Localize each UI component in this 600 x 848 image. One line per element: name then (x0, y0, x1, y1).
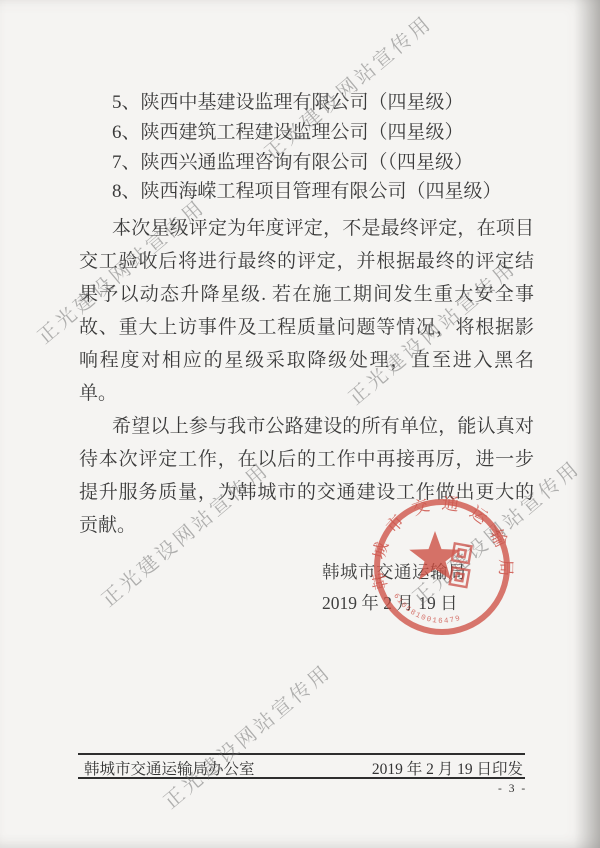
page-number: - 3 - (498, 783, 527, 795)
signature-date: 2019 年 2 月 19 日 (322, 592, 466, 614)
paragraph-rating-policy: 本次星级评定为年度评定，不是最终评定，在项目交工验收后将进行最终的评定，并根据最… (79, 212, 534, 410)
paragraph-closing-hope: 希望以上参与我市公路建设的所有单位，能认真对待本次评定工作，在以后的工作中再接再… (79, 410, 534, 542)
footer-issuing-office: 韩城市交通运输局办公室 (78, 757, 255, 779)
list-item: 5、陕西中基建设监理有限公司（四星级） (79, 88, 534, 118)
signature-block: 韩城市交通运输局 2019 年 2 月 19 日 (322, 561, 466, 614)
scan-edge-shadow (574, 0, 600, 848)
list-item: 7、陕西兴通监理咨询有限公司（（四星级） (79, 148, 534, 178)
footer-print-date: 2019 年 2 月 19 日印发 (372, 757, 525, 779)
footer-row: 韩城市交通运输局办公室 2019 年 2 月 19 日印发 (78, 757, 525, 779)
watermark-text: 正光建设网站宣传用 (156, 656, 337, 814)
footer-rule-top (78, 753, 525, 755)
footer-rule-bottom (78, 777, 525, 779)
document-body: 5、陕西中基建设监理有限公司（四星级） 6、陕西建筑工程建设监理公司（四星级） … (79, 88, 534, 542)
list-item: 8、陕西海嵘工程项目管理有限公司（四星级） (79, 177, 534, 207)
list-item: 6、陕西建筑工程建设监理公司（四星级） (79, 118, 534, 148)
company-rating-list: 5、陕西中基建设监理有限公司（四星级） 6、陕西建筑工程建设监理公司（四星级） … (79, 88, 534, 207)
signature-organization: 韩城市交通运输局 (322, 561, 466, 583)
scanned-document-page: 正光建设网站宣传用 正光建设网站宣传用 正光建设网站宣传用 正光建设网站宣传用 … (0, 0, 600, 848)
